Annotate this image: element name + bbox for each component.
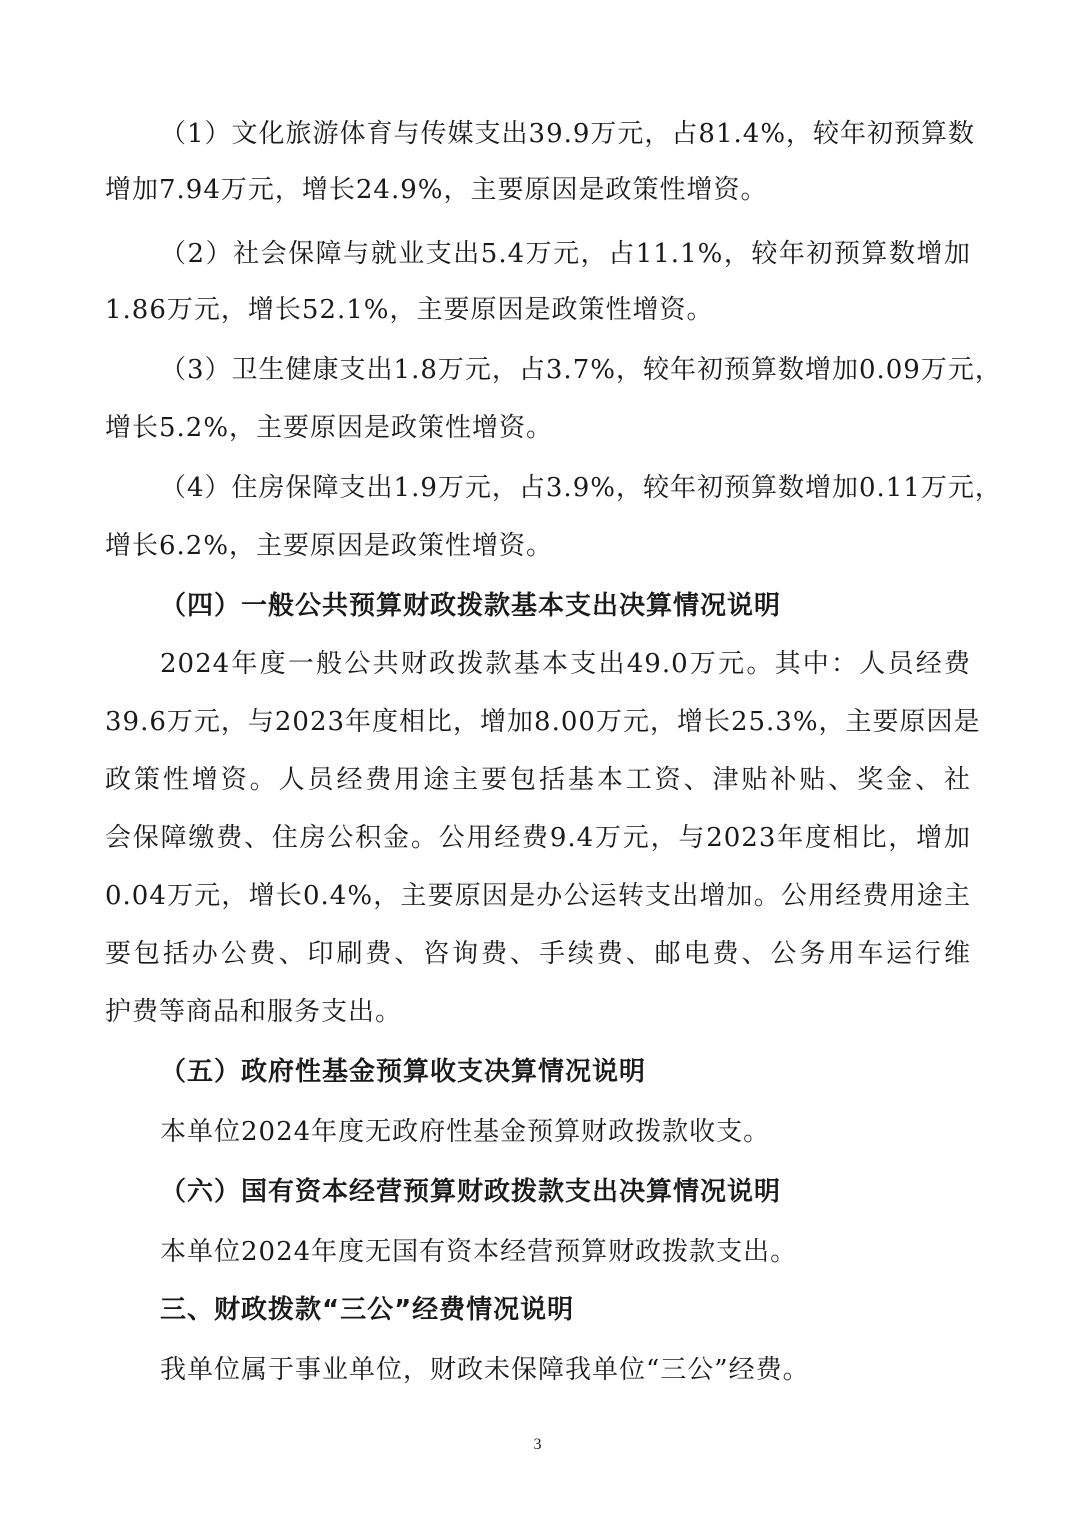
- paragraph-social-security-line-2: 1.86万元，增长52.1%，主要原因是政策性增资。: [105, 292, 714, 328]
- paragraph-state-capital: 本单位2024年度无国有资本经营预算财政拨款支出。: [160, 1234, 797, 1270]
- paragraph-housing-line-1: （4）住房保障支出1.9万元，占3.9%，较年初预算数增加0.11万元，: [105, 470, 971, 506]
- paragraph-basic-expenditure-line-4: 会保障缴费、住房公积金。公用经费9.4万元，与2023年度相比，增加: [105, 820, 971, 856]
- paragraph-culture-tourism-line-2: 增加7.94万元，增长24.9%，主要原因是政策性增资。: [105, 172, 768, 208]
- paragraph-government-fund: 本单位2024年度无政府性基金预算财政拨款收支。: [160, 1114, 770, 1150]
- paragraph-health-line-2: 增长5.2%，主要原因是政策性增资。: [105, 410, 553, 446]
- document-page: （1）文化旅游体育与传媒支出39.9万元，占81.4%，较年初预算数 增加7.9…: [0, 0, 1075, 1520]
- paragraph-culture-tourism-line-1: （1）文化旅游体育与传媒支出39.9万元，占81.4%，较年初预算数: [105, 116, 971, 152]
- paragraph-basic-expenditure-line-3: 政策性增资。人员经费用途主要包括基本工资、津贴补贴、奖金、社: [105, 762, 971, 798]
- paragraph-basic-expenditure-line-1: 2024年度一般公共财政拨款基本支出49.0万元。其中：人员经费: [105, 646, 971, 682]
- paragraph-health-line-1: （3）卫生健康支出1.8万元，占3.7%，较年初预算数增加0.09万元，: [105, 352, 971, 388]
- paragraph-basic-expenditure-line-2: 39.6万元，与2023年度相比，增加8.00万元，增长25.3%，主要原因是: [105, 704, 971, 740]
- section-heading-government-fund: （五）政府性基金预算收支决算情况说明: [160, 1054, 646, 1090]
- page-number: 3: [0, 1436, 1075, 1454]
- section-heading-state-capital: （六）国有资本经营预算财政拨款支出决算情况说明: [160, 1174, 781, 1210]
- paragraph-basic-expenditure-line-6: 要包括办公费、印刷费、咨询费、手续费、邮电费、公务用车运行维: [105, 936, 971, 972]
- paragraph-housing-line-2: 增长6.2%，主要原因是政策性增资。: [105, 528, 553, 564]
- paragraph-basic-expenditure-line-7: 护费等商品和服务支出。: [105, 994, 402, 1030]
- paragraph-basic-expenditure-line-5: 0.04万元，增长0.4%，主要原因是办公运转支出增加。公用经费用途主: [105, 878, 971, 914]
- section-heading-three-public-expenses: 三、财政拨款“三公”经费情况说明: [160, 1292, 574, 1328]
- section-heading-basic-expenditure: （四）一般公共预算财政拨款基本支出决算情况说明: [160, 588, 781, 624]
- paragraph-social-security-line-1: （2）社会保障与就业支出5.4万元，占11.1%，较年初预算数增加: [105, 236, 971, 272]
- paragraph-three-public-expenses: 我单位属于事业单位，财政未保障我单位“三公”经费。: [160, 1352, 810, 1388]
